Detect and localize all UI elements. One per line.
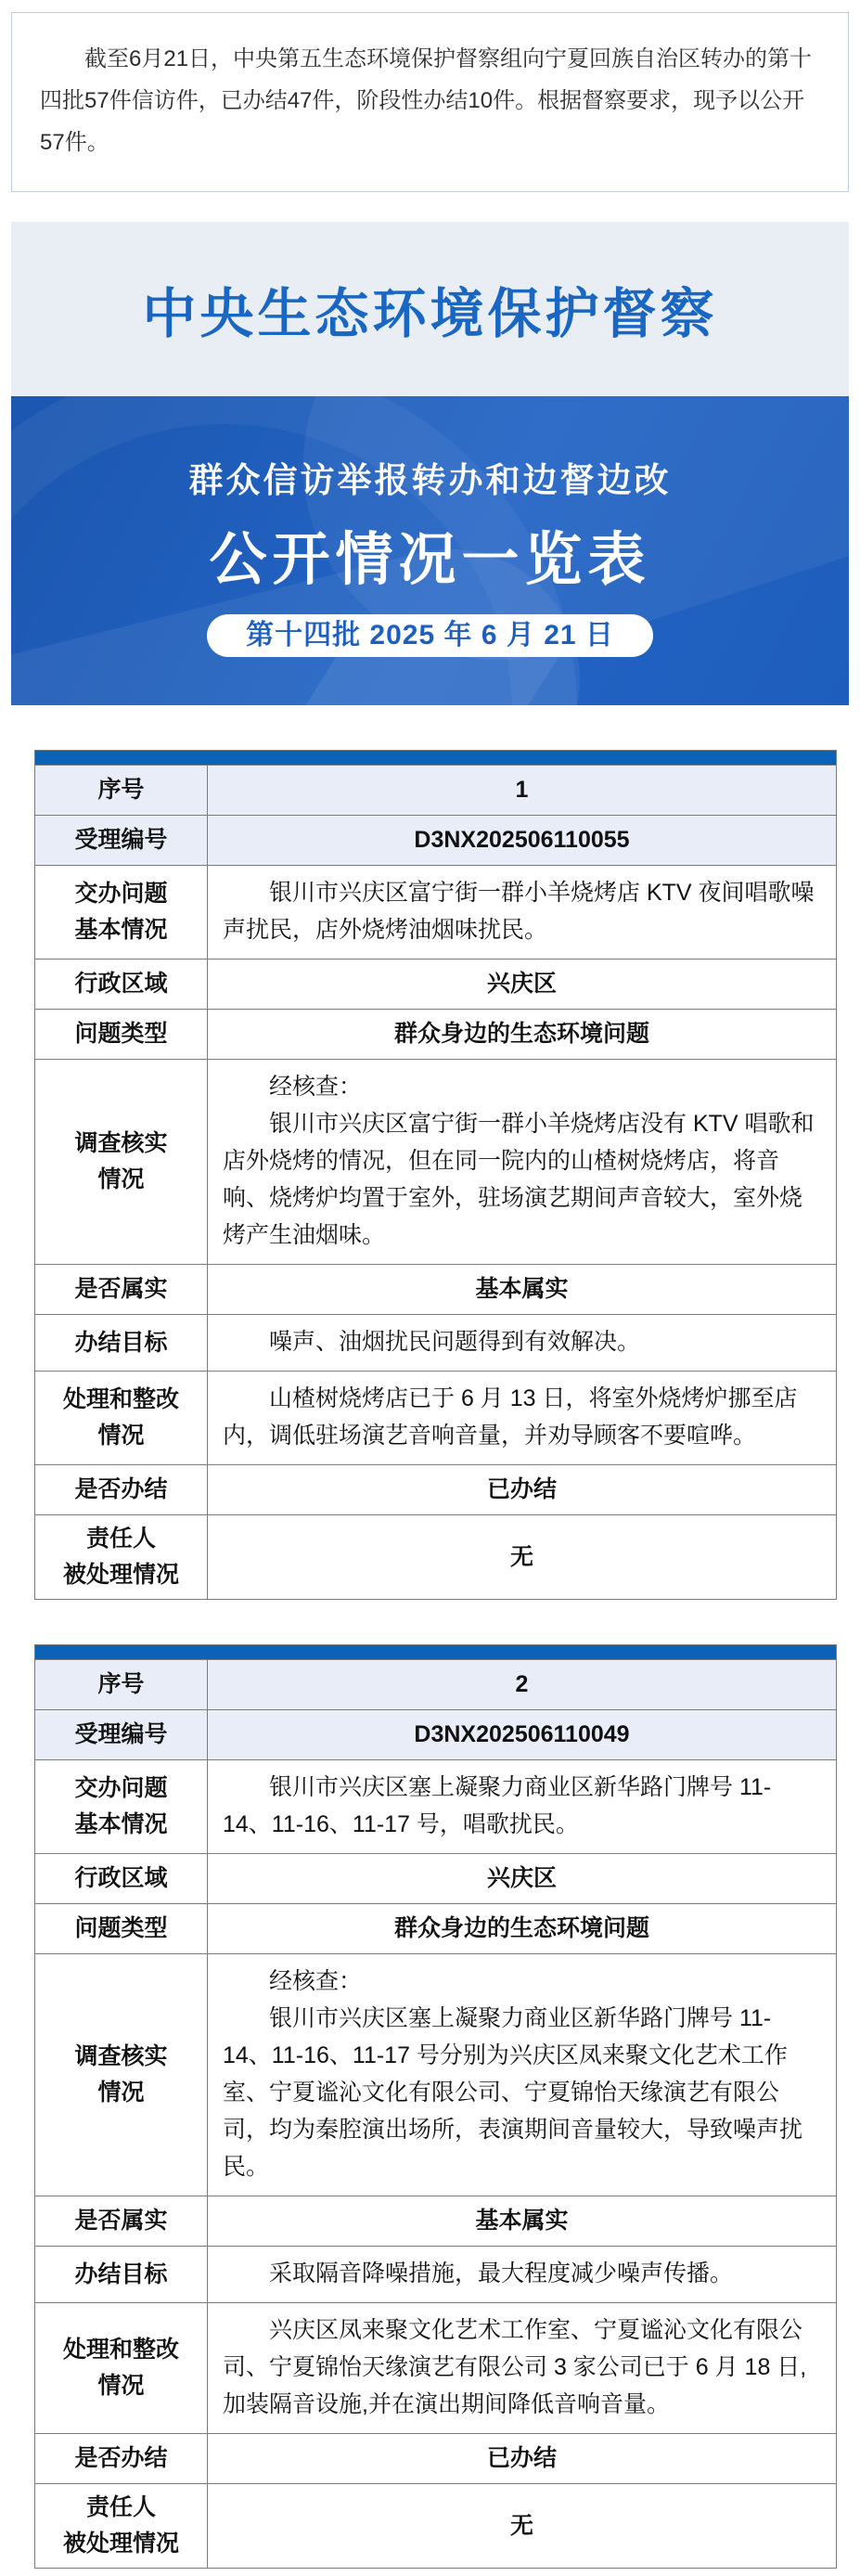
row-label: 序号 [35, 1660, 208, 1709]
row-paragraph: 噪声、油烟扰民问题得到有效解决。 [223, 1323, 819, 1360]
row-paragraph: 银川市兴庆区塞上凝聚力商业区新华路门牌号 11-14、11-16、11-17 号… [223, 2000, 819, 2185]
table-row: 调查核实 情况 经核查：银川市兴庆区富宁街一群小羊烧烤店没有 KTV 唱歌和店外… [35, 1059, 836, 1264]
row-value: 基本属实 [208, 2196, 836, 2246]
row-value: 兴庆区 [208, 1854, 836, 1903]
row-label: 是否属实 [35, 1265, 208, 1314]
hero-banner-bottom: 群众信访举报转办和边督边改 公开情况一览表 第十四批 2025 年 6 月 21… [11, 396, 849, 705]
row-label: 是否办结 [35, 2434, 208, 2483]
row-value: 经核查：银川市兴庆区塞上凝聚力商业区新华路门牌号 11-14、11-16、11-… [208, 1954, 836, 2196]
table-row: 责任人 被处理情况 无 [35, 1514, 836, 1599]
row-label: 责任人 被处理情况 [35, 2484, 208, 2568]
hero-content: 群众信访举报转办和边督边改 公开情况一览表 第十四批 2025 年 6 月 21… [11, 452, 849, 657]
row-value: 兴庆区凤来聚文化艺术工作室、宁夏谧沁文化有限公司、宁夏锦怡天缘演艺有限公司 3 … [208, 2303, 836, 2433]
row-label: 交办问题 基本情况 [35, 866, 208, 959]
row-label: 处理和整改 情况 [35, 1372, 208, 1464]
table-row: 是否属实 基本属实 [35, 2196, 836, 2246]
case-table-2: 序号 2 受理编号 D3NX202506110049 交办问题 基本情况 银川市… [34, 1644, 837, 2569]
table-header-strip [35, 1645, 836, 1659]
row-label: 办结目标 [35, 1315, 208, 1371]
page-bottom-margin [0, 2569, 860, 2576]
table-header-strip [35, 751, 836, 765]
table-row: 序号 1 [35, 765, 836, 815]
table-row: 行政区域 兴庆区 [35, 959, 836, 1009]
row-value: 无 [208, 2484, 836, 2568]
row-label: 处理和整改 情况 [35, 2303, 208, 2433]
table-row: 交办问题 基本情况 银川市兴庆区富宁街一群小羊烧烤店 KTV 夜间唱歌噪声扰民，… [35, 865, 836, 959]
row-label: 调查核实 情况 [35, 1060, 208, 1264]
row-value: 银川市兴庆区富宁街一群小羊烧烤店 KTV 夜间唱歌噪声扰民，店外烧烤油烟味扰民。 [208, 866, 836, 959]
case-table-1: 序号 1 受理编号 D3NX202506110055 交办问题 基本情况 银川市… [34, 750, 837, 1600]
row-value: 无 [208, 1515, 836, 1599]
row-label: 序号 [35, 766, 208, 815]
row-paragraph: 经核查： [223, 1068, 819, 1105]
row-label: 交办问题 基本情况 [35, 1760, 208, 1853]
row-label: 问题类型 [35, 1904, 208, 1953]
row-value: 兴庆区 [208, 960, 836, 1009]
row-label: 是否属实 [35, 2196, 208, 2246]
table-row: 交办问题 基本情况 银川市兴庆区塞上凝聚力商业区新华路门牌号 11-14、11-… [35, 1759, 836, 1853]
row-paragraph: 兴庆区凤来聚文化艺术工作室、宁夏谧沁文化有限公司、宁夏锦怡天缘演艺有限公司 3 … [223, 2312, 819, 2423]
row-paragraph: 山楂树烧烤店已于 6 月 13 日，将室外烧烤炉挪至店内，调低驻场演艺音响音量，… [223, 1380, 819, 1454]
row-value: 2 [208, 1660, 836, 1709]
row-paragraph: 银川市兴庆区富宁街一群小羊烧烤店没有 KTV 唱歌和店外烧烤的情况，但在同一院内… [223, 1105, 819, 1254]
row-value: 基本属实 [208, 1265, 836, 1314]
table-row: 是否属实 基本属实 [35, 1264, 836, 1314]
row-value: 采取隔音降噪措施，最大程度减少噪声传播。 [208, 2247, 836, 2302]
row-value: D3NX202506110055 [208, 816, 836, 865]
table-row: 受理编号 D3NX202506110055 [35, 815, 836, 865]
intro-text: 截至6月21日，中央第五生态环境保护督察组向宁夏回族自治区转办的第十四批57件信… [40, 46, 812, 155]
row-paragraph: 银川市兴庆区塞上凝聚力商业区新华路门牌号 11-14、11-16、11-17 号… [223, 1769, 819, 1843]
row-value: 1 [208, 766, 836, 815]
row-paragraph: 银川市兴庆区富宁街一群小羊烧烤店 KTV 夜间唱歌噪声扰民，店外烧烤油烟味扰民。 [223, 874, 819, 948]
row-paragraph: 采取隔音降噪措施，最大程度减少噪声传播。 [223, 2255, 819, 2292]
row-value: 银川市兴庆区塞上凝聚力商业区新华路门牌号 11-14、11-16、11-17 号… [208, 1760, 836, 1853]
table-row: 序号 2 [35, 1659, 836, 1709]
hero-list-title: 公开情况一览表 [11, 513, 849, 596]
row-value: D3NX202506110049 [208, 1710, 836, 1759]
table-row: 办结目标 采取隔音降噪措施，最大程度减少噪声传播。 [35, 2246, 836, 2302]
row-paragraph: 经核查： [223, 1963, 819, 2000]
row-label: 调查核实 情况 [35, 1954, 208, 2196]
hero-banner: 中央生态环境保护督察 群众信访举报转办和边督边改 公开情况一览表 第十四批 20… [11, 222, 849, 705]
table-row: 办结目标 噪声、油烟扰民问题得到有效解决。 [35, 1314, 836, 1371]
row-label: 问题类型 [35, 1010, 208, 1059]
row-label: 行政区域 [35, 960, 208, 1009]
table-row: 问题类型 群众身边的生态环境问题 [35, 1903, 836, 1953]
table-row: 行政区域 兴庆区 [35, 1853, 836, 1903]
intro-box: 截至6月21日，中央第五生态环境保护督察组向宁夏回族自治区转办的第十四批57件信… [11, 12, 849, 192]
row-value: 山楂树烧烤店已于 6 月 13 日，将室外烧烤炉挪至店内，调低驻场演艺音响音量，… [208, 1372, 836, 1464]
row-label: 是否办结 [35, 1465, 208, 1514]
table-row: 处理和整改 情况 兴庆区凤来聚文化艺术工作室、宁夏谧沁文化有限公司、宁夏锦怡天缘… [35, 2302, 836, 2433]
table-row: 问题类型 群众身边的生态环境问题 [35, 1009, 836, 1059]
row-value: 经核查：银川市兴庆区富宁街一群小羊烧烤店没有 KTV 唱歌和店外烧烤的情况，但在… [208, 1060, 836, 1264]
row-label: 办结目标 [35, 2247, 208, 2302]
table-row: 是否办结 已办结 [35, 1464, 836, 1514]
row-label: 受理编号 [35, 1710, 208, 1759]
hero-banner-top: 中央生态环境保护督察 [11, 222, 849, 396]
table-row: 是否办结 已办结 [35, 2433, 836, 2483]
row-label: 受理编号 [35, 816, 208, 865]
table-row: 处理和整改 情况 山楂树烧烤店已于 6 月 13 日，将室外烧烤炉挪至店内，调低… [35, 1371, 836, 1464]
row-value: 已办结 [208, 1465, 836, 1514]
row-value: 群众身边的生态环境问题 [208, 1904, 836, 1953]
table-row: 调查核实 情况 经核查：银川市兴庆区塞上凝聚力商业区新华路门牌号 11-14、1… [35, 1953, 836, 2196]
row-value: 群众身边的生态环境问题 [208, 1010, 836, 1059]
row-label: 行政区域 [35, 1854, 208, 1903]
table-row: 受理编号 D3NX202506110049 [35, 1709, 836, 1759]
case-tables: 序号 1 受理编号 D3NX202506110055 交办问题 基本情况 银川市… [0, 750, 860, 2569]
hero-subtitle: 群众信访举报转办和边督边改 [11, 452, 849, 502]
row-value: 噪声、油烟扰民问题得到有效解决。 [208, 1315, 836, 1371]
batch-date-badge: 第十四批 2025 年 6 月 21 日 [207, 614, 653, 657]
row-label: 责任人 被处理情况 [35, 1515, 208, 1599]
table-row: 责任人 被处理情况 无 [35, 2483, 836, 2568]
row-value: 已办结 [208, 2434, 836, 2483]
hero-title: 中央生态环境保护督察 [142, 270, 717, 348]
